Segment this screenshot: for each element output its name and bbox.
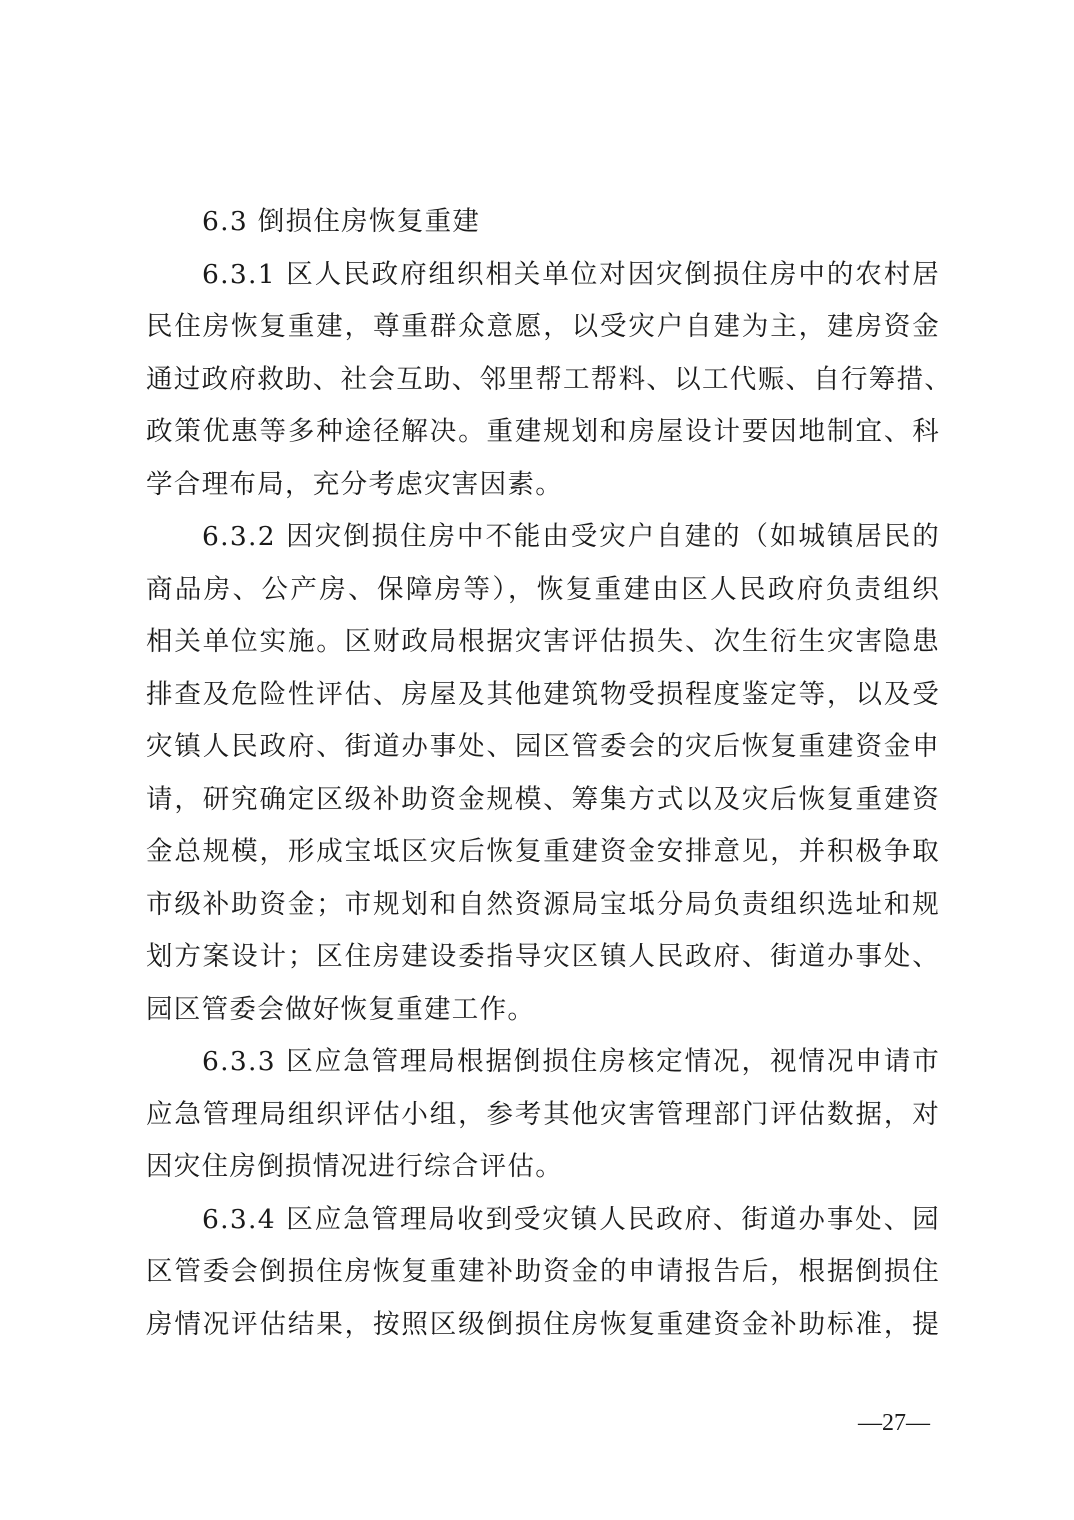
page-number: —27— [858, 1410, 930, 1437]
paragraph-line: 6.3.3 区应急管理局根据倒损住房核定情况，视情况申请市 [146, 1036, 940, 1089]
paragraph-line: 市级补助资金；市规划和自然资源局宝坻分局负责组织选址和规 [146, 879, 940, 932]
paragraph-line: 划方案设计；区住房建设委指导灾区镇人民政府、街道办事处、 [146, 931, 940, 984]
paragraph-line: 请，研究确定区级补助资金规模、筹集方式以及灾后恢复重建资 [146, 774, 940, 827]
paragraph-line: 应急管理局组织评估小组，参考其他灾害管理部门评估数据，对 [146, 1089, 940, 1142]
paragraph-line: 6.3.1 区人民政府组织相关单位对因灾倒损住房中的农村居 [146, 249, 940, 302]
paragraph-6-3-4: 6.3.4 区应急管理局收到受灾镇人民政府、街道办事处、园 区管委会倒损住房恢复… [146, 1194, 940, 1352]
paragraph-line: 学合理布局，充分考虑灾害因素。 [146, 459, 940, 512]
document-page: 6.3 倒损住房恢复重建 6.3.1 区人民政府组织相关单位对因灾倒损住房中的农… [146, 196, 940, 1351]
paragraph-6-3-2: 6.3.2 因灾倒损住房中不能由受灾户自建的（如城镇居民的 商品房、公产房、保障… [146, 511, 940, 1036]
paragraph-line: 政策优惠等多种途径解决。重建规划和房屋设计要因地制宜、科 [146, 406, 940, 459]
paragraph-line: 排查及危险性评估、房屋及其他建筑物受损程度鉴定等，以及受 [146, 669, 940, 722]
paragraph-6-3-3: 6.3.3 区应急管理局根据倒损住房核定情况，视情况申请市 应急管理局组织评估小… [146, 1036, 940, 1194]
paragraph-line: 金总规模，形成宝坻区灾后恢复重建资金安排意见，并积极争取 [146, 826, 940, 879]
paragraph-line: 商品房、公产房、保障房等），恢复重建由区人民政府负责组织 [146, 564, 940, 617]
paragraph-line: 房情况评估结果，按照区级倒损住房恢复重建资金补助标准，提 [146, 1299, 940, 1352]
paragraph-line: 灾镇人民政府、街道办事处、园区管委会的灾后恢复重建资金申 [146, 721, 940, 774]
paragraph-line: 区管委会倒损住房恢复重建补助资金的申请报告后，根据倒损住 [146, 1246, 940, 1299]
paragraph-line: 园区管委会做好恢复重建工作。 [146, 984, 940, 1037]
paragraph-line: 通过政府救助、社会互助、邻里帮工帮料、以工代赈、自行筹措、 [146, 354, 940, 407]
paragraph-line: 民住房恢复重建，尊重群众意愿，以受灾户自建为主，建房资金 [146, 301, 940, 354]
paragraph-6-3-1: 6.3.1 区人民政府组织相关单位对因灾倒损住房中的农村居 民住房恢复重建，尊重… [146, 249, 940, 512]
paragraph-line: 6.3.4 区应急管理局收到受灾镇人民政府、街道办事处、园 [146, 1194, 940, 1247]
paragraph-line: 因灾住房倒损情况进行综合评估。 [146, 1141, 940, 1194]
paragraph-line: 相关单位实施。区财政局根据灾害评估损失、次生衍生灾害隐患 [146, 616, 940, 669]
paragraph-line: 6.3.2 因灾倒损住房中不能由受灾户自建的（如城镇居民的 [146, 511, 940, 564]
section-heading: 6.3 倒损住房恢复重建 [146, 196, 940, 249]
